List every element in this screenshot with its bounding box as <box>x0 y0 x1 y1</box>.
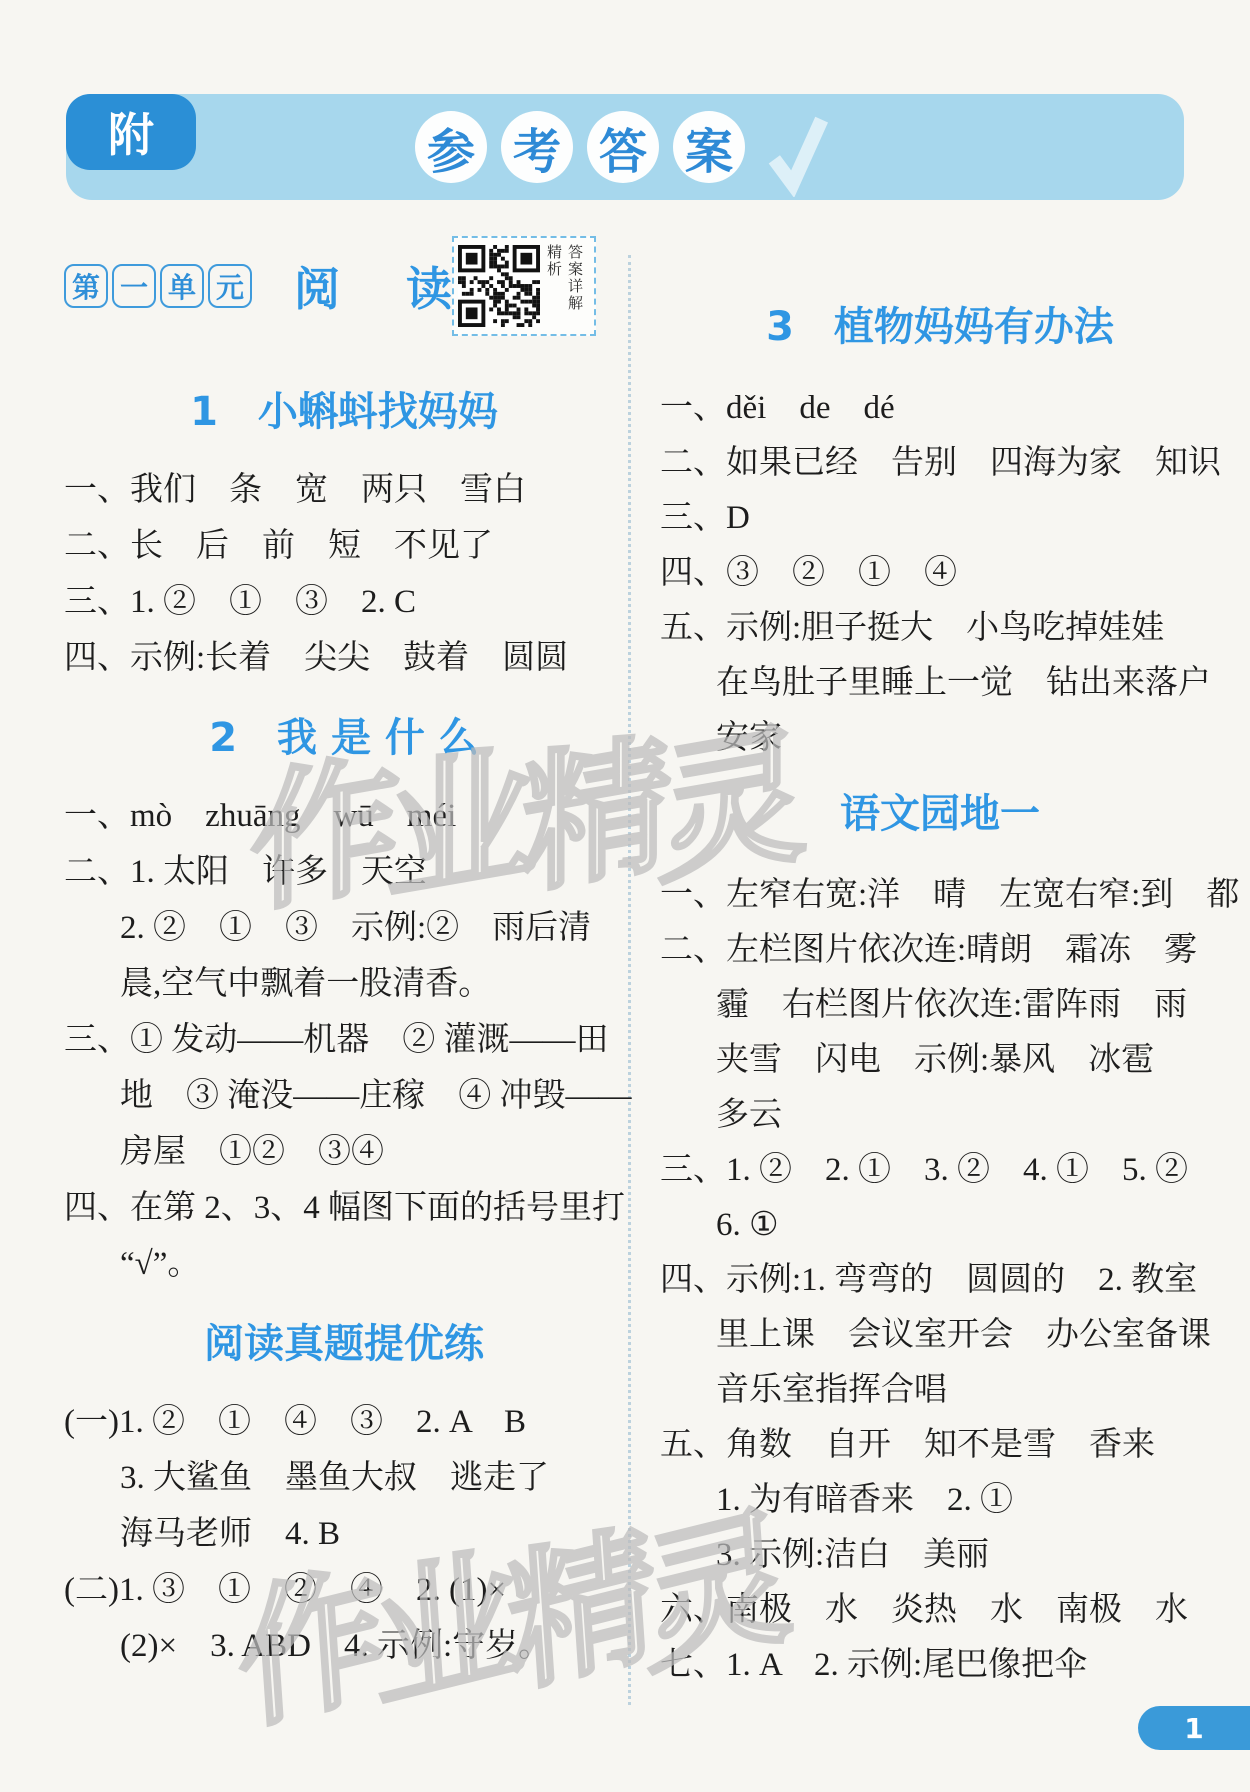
answer-line: 晨,空气中飘着一股清香。 <box>64 956 624 1012</box>
page-number: 1 <box>1184 1712 1203 1745</box>
title-char-circle: 参 <box>415 111 487 183</box>
answer-line: 安家 <box>660 711 1220 766</box>
section-title: 3 植物妈妈有办法 <box>660 299 1220 355</box>
unit-boxed-char: 第 <box>64 264 108 308</box>
answer-line: 2. ② ① ③ 示例:② 雨后清 <box>64 900 624 956</box>
check-mark-icon <box>761 111 835 202</box>
unit-header: 第一单元 阅读 <box>64 256 452 316</box>
answer-line: 四、示例:1. 弯弯的 圆圆的 2. 教室 <box>660 1253 1220 1308</box>
qr-label: 答案详解精析 <box>544 244 586 328</box>
answer-line: “√”。 <box>64 1236 624 1292</box>
title-circles: 参考答案 <box>415 111 745 183</box>
answer-line: 四、在第 2、3、4 幅图下面的括号里打 <box>64 1180 624 1236</box>
answer-line: 夹雪 闪电 示例:暴风 冰雹 <box>660 1033 1220 1088</box>
answer-line: 六、南极 水 炎热 水 南极 水 <box>660 1583 1220 1638</box>
unit-boxed-chars: 第一单元 <box>64 264 256 308</box>
answer-line: 一、mò zhuāng wū méi <box>64 788 624 844</box>
appendix-badge: 附 <box>66 94 196 170</box>
answer-line: 3. 大鲨鱼 墨鱼大叔 逃走了 <box>64 1450 624 1506</box>
answer-line: 二、1. 太阳 许多 天空 <box>64 844 624 900</box>
unit-title: 阅读 <box>294 253 452 319</box>
answer-line: 三、D <box>660 491 1220 546</box>
answer-line: (一)1. ② ① ④ ③ 2. A B <box>64 1394 624 1450</box>
unit-title-char: 读 <box>406 262 452 316</box>
answer-line: 1. 为有暗香来 2. ① <box>660 1473 1220 1528</box>
answer-line: 房屋 ①② ③④ <box>64 1124 624 1180</box>
unit-boxed-char: 一 <box>112 264 156 308</box>
answer-line: 二、左栏图片依次连:晴朗 霜冻 雾 <box>660 923 1220 978</box>
answer-line: 在鸟肚子里睡上一觉 钻出来落户 <box>660 656 1220 711</box>
answer-line: 多云 <box>660 1088 1220 1143</box>
answer-line: 一、左窄右宽:洋 晴 左宽右窄:到 都 <box>660 868 1220 923</box>
unit-boxed-char: 元 <box>208 264 252 308</box>
right-column: 3 植物妈妈有办法一、děi de dé二、如果已经 告别 四海为家 知识三、D… <box>660 245 1220 1693</box>
section-title: 阅读真题提优练 <box>64 1316 624 1372</box>
qr-code-icon <box>458 245 540 327</box>
answer-line: (2)× 3. ABD 4. 示例:守岁。 <box>64 1618 624 1674</box>
left-column: 1 小蝌蚪找妈妈一、我们 条 宽 两只 雪白二、长 后 前 短 不见了三、1. … <box>64 360 624 1674</box>
header-banner: 附 参考答案 <box>66 94 1184 200</box>
answer-line: 音乐室指挥合唱 <box>660 1363 1220 1418</box>
answer-key-page: 附 参考答案 第一单元 阅读 答案详解精析 1 小蝌蚪找妈妈一、我们 条 宽 两… <box>0 0 1250 1792</box>
answer-line: 五、角数 自开 知不是雪 香来 <box>660 1418 1220 1473</box>
title-char-circle: 案 <box>673 111 745 183</box>
title-char-circle: 答 <box>587 111 659 183</box>
answer-line: 一、děi de dé <box>660 381 1220 436</box>
answer-line: 三、① 发动——机器 ② 灌溉——田 <box>64 1012 624 1068</box>
answer-line: 霾 右栏图片依次连:雷阵雨 雨 <box>660 978 1220 1033</box>
answer-line: 三、1. ② 2. ① 3. ② 4. ① 5. ② <box>660 1143 1220 1198</box>
answer-line: 海马老师 4. B <box>64 1506 624 1562</box>
answer-line: 一、我们 条 宽 两只 雪白 <box>64 462 624 518</box>
answer-line: (二)1. ③ ① ② ④ 2. (1)× <box>64 1562 624 1618</box>
answer-line: 二、如果已经 告别 四海为家 知识 <box>660 436 1220 491</box>
answer-line: 二、长 后 前 短 不见了 <box>64 518 624 574</box>
answer-line: 三、1. ② ① ③ 2. C <box>64 574 624 630</box>
section-title: 1 小蝌蚪找妈妈 <box>64 384 624 440</box>
unit-title-char: 阅 <box>294 262 340 316</box>
answer-line: 里上课 会议室开会 办公室备课 <box>660 1308 1220 1363</box>
answer-line: 地 ③ 淹没——庄稼 ④ 冲毁—— <box>64 1068 624 1124</box>
unit-boxed-char: 单 <box>160 264 204 308</box>
title-char-circle: 考 <box>501 111 573 183</box>
column-divider <box>628 255 631 1705</box>
page-title: 参考答案 <box>415 93 835 202</box>
answer-line: 四、示例:长着 尖尖 鼓着 圆圆 <box>64 630 624 686</box>
answer-line: 3. 示例:洁白 美丽 <box>660 1528 1220 1583</box>
answer-line: 6. ① <box>660 1198 1220 1253</box>
section-title: 2 我 是 什 么 <box>64 710 624 766</box>
answer-line: 五、示例:胆子挺大 小鸟吃掉娃娃 <box>660 601 1220 656</box>
page-number-badge: 1 <box>1138 1706 1250 1750</box>
answer-line: 七、1. A 2. 示例:尾巴像把伞 <box>660 1638 1220 1693</box>
qr-panel: 答案详解精析 <box>452 236 596 336</box>
answer-line: 四、③ ② ① ④ <box>660 546 1220 601</box>
section-title: 语文园地一 <box>660 786 1220 842</box>
